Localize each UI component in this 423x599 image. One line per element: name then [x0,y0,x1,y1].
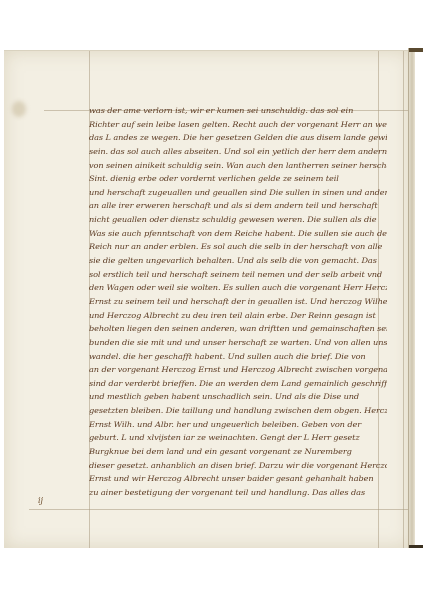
text-line: an der vorgenant Herczog Ernst und Hercz… [89,364,387,377]
text-line: Ernst und wir Herczog Albrecht unser bai… [89,473,387,486]
binding-mark-bottom [409,545,423,548]
text-line: bunden die sie mit und und unser herscha… [89,336,387,349]
manuscript-text-block: was der ame verlorn ist, wir er kumen se… [89,104,387,500]
text-line: gesetzten bleiben. Die taillung und hand… [89,404,387,417]
text-line: Ernst zu seinem teil und herschaft der i… [89,295,387,308]
text-line: sein. das sol auch alles abseiten. Und s… [89,145,387,158]
text-line: dieser gesetzt. anhanblich an disen brie… [89,459,387,472]
text-line: den Wagen oder weil sie wolten. Es sulle… [89,282,387,295]
outer-margin-ruling [403,51,404,548]
text-line: sind dar verderbt brieffen. Die an werde… [89,377,387,390]
text-line: nicht geuallen oder dienstz schuldig gew… [89,213,387,226]
text-line: Reich nur an ander erblen. Es sol auch d… [89,241,387,254]
text-line: zu ainer bestetigung der vorgenant teil … [89,486,387,499]
text-line: sie die gelten ungevarlich behalten. Und… [89,254,387,267]
text-line: und herschaft zugeuallen und geuallen si… [89,186,387,199]
text-line: sol erstlich teil und herschaft seinem t… [89,268,387,281]
text-line: an alle irer erweren herschaft und als s… [89,200,387,213]
binding-mark-top [409,48,423,52]
text-line: wandel. die her geschafft habent. Und su… [89,350,387,363]
bottom-text-ruling [29,509,410,510]
text-line: und mestlich geben habent unschadlich se… [89,391,387,404]
text-line: was der ame verlorn ist, wir er kumen se… [89,104,387,117]
book-gutter-edge [408,48,415,548]
text-line: Ernst Wilh. und Albr. her und ungeuerlic… [89,418,387,431]
text-line: das L andes ze wegen. Die her gesetzen G… [89,132,387,145]
margin-annotation: ij [38,496,43,505]
text-line: Burgknue bei dem land und ein gesant vor… [89,445,387,458]
text-line: und Herczog Albrecht zu deu iren teil al… [89,309,387,322]
parchment-stain [12,101,26,117]
text-line: Sint. dienig erbe oder vordernt verliche… [89,173,387,186]
text-line: von seinen ainikeit schuldig sein. Wan a… [89,159,387,172]
text-line: Was sie auch pfenntschaft von dem Reiche… [89,227,387,240]
text-line: beholten liegen den seinen anderen, wan … [89,323,387,336]
text-line: geburt. L und xlvijsten iar ze weinachte… [89,432,387,445]
text-line: Richter auf sein leibe lasen gelten. Rec… [89,118,387,131]
